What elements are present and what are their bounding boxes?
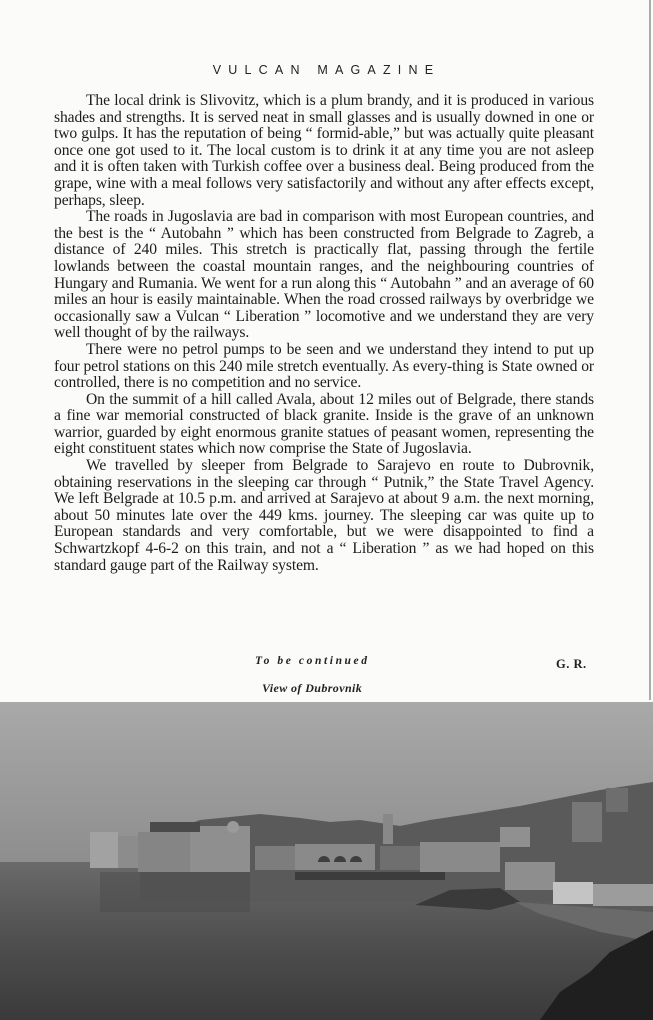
- paragraph-slivovitz: The local drink is Slivovitz, which is a…: [54, 93, 594, 209]
- author-initials: G. R.: [556, 657, 587, 672]
- dubrovnik-harbor-image: [0, 702, 653, 1020]
- page-edge-line: [649, 0, 651, 700]
- photo-caption: View of Dubrovnik: [262, 681, 362, 696]
- paragraph-sleeper: We travelled by sleeper from Belgrade to…: [54, 458, 594, 574]
- paragraph-roads: The roads in Jugoslavia are bad in compa…: [54, 209, 594, 342]
- paragraph-petrol: There were no petrol pumps to be seen an…: [54, 342, 594, 392]
- dubrovnik-photo: [0, 702, 653, 1020]
- to-be-continued: To be continued: [255, 655, 370, 667]
- magazine-header: VULCAN MAGAZINE: [0, 63, 653, 77]
- paragraph-avala: On the summit of a hill called Avala, ab…: [54, 392, 594, 458]
- article-body: The local drink is Slivovitz, which is a…: [54, 93, 594, 574]
